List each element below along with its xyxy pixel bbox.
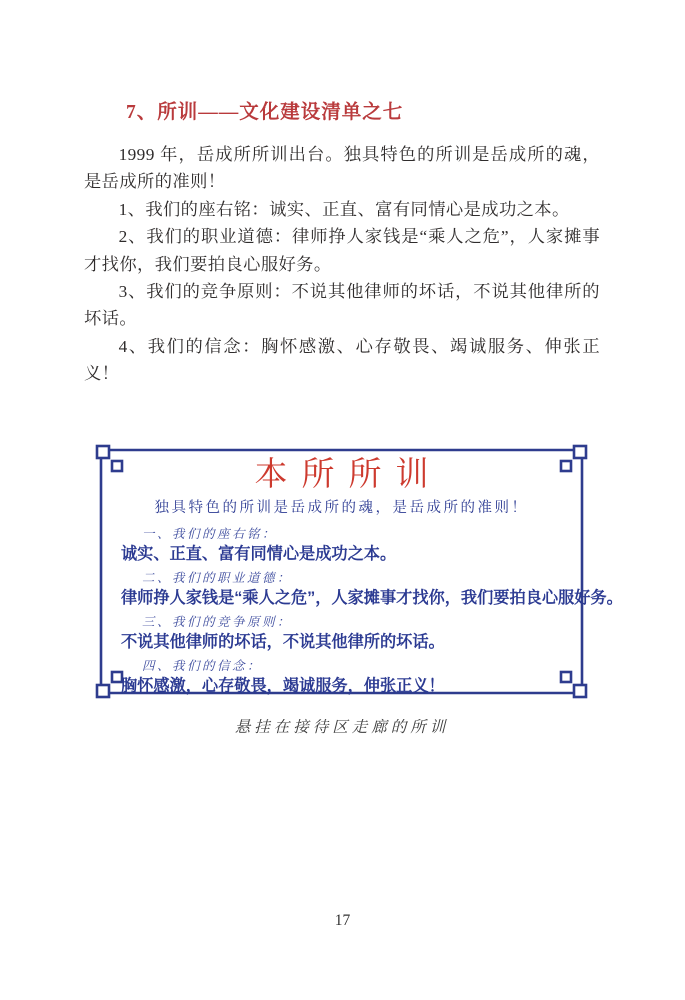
plaque-title: 本所所训 [95,455,588,497]
paragraph-intro: 1999 年，岳成所所训出台。独具特色的所训是岳成所的魂，是岳成所的准则！ [84,141,600,196]
plaque-item-belief: 四、我们的信念： 胸怀感激，心存敬畏，竭诚服务，伸张正义！ [95,659,588,695]
paragraph-ethics: 2、我们的职业道德：律师挣人家钱是“乘人之危”，人家摊事才找你，我们要拍良心服好… [84,223,600,278]
plaque: 本所所训 独具特色的所训是岳成所的魂，是岳成所的准则！ 一、我们的座右铭： 诚实… [95,444,588,699]
body-text: 1999 年，岳成所所训出台。独具特色的所训是岳成所的魂，是岳成所的准则！ 1、… [84,141,600,388]
paragraph-belief: 4、我们的信念：胸怀感激、心存敬畏、竭诚服务、伸张正义！ [84,333,600,388]
plaque-item-label: 四、我们的信念： [142,659,588,673]
plaque-item-motto: 一、我们的座右铭： 诚实、正直、富有同情心是成功之本。 [95,527,588,563]
plaque-item-label: 二、我们的职业道德： [142,571,588,585]
plaque-item-ethics: 二、我们的职业道德： 律师挣人家钱是“乘人之危”，人家摊事才找你，我们要拍良心服… [95,571,588,607]
plaque-item-text: 诚实、正直、富有同情心是成功之本。 [121,545,588,563]
plaque-item-text: 不说其他律师的坏话，不说其他律所的坏话。 [121,633,588,651]
page-number: 17 [0,912,685,930]
book-page: 7、所训——文化建设清单之七 1999 年，岳成所所训出台。独具特色的所训是岳成… [0,0,685,1000]
plaque-figure: 本所所训 独具特色的所训是岳成所的魂，是岳成所的准则！ 一、我们的座右铭： 诚实… [84,444,600,737]
page-content: 7、所训——文化建设清单之七 1999 年，岳成所所训出台。独具特色的所训是岳成… [84,96,600,737]
plaque-item-competition: 三、我们的竞争原则： 不说其他律师的坏话，不说其他律所的坏话。 [95,615,588,651]
plaque-subtitle: 独具特色的所训是岳成所的魂，是岳成所的准则！ [95,497,588,519]
paragraph-motto: 1、我们的座右铭：诚实、正直、富有同情心是成功之本。 [84,196,600,223]
plaque-item-label: 一、我们的座右铭： [142,527,588,541]
plaque-content: 本所所训 独具特色的所训是岳成所的魂，是岳成所的准则！ 一、我们的座右铭： 诚实… [95,444,588,699]
plaque-item-label: 三、我们的竞争原则： [142,615,588,629]
plaque-caption: 悬挂在接待区走廊的所训 [84,715,600,737]
section-heading: 7、所训——文化建设清单之七 [126,96,600,124]
plaque-item-text: 律师挣人家钱是“乘人之危”，人家摊事才找你，我们要拍良心服好务。 [121,589,588,607]
plaque-item-text: 胸怀感激，心存敬畏，竭诚服务，伸张正义！ [121,677,588,695]
paragraph-competition: 3、我们的竞争原则：不说其他律师的坏话，不说其他律所的坏话。 [84,278,600,333]
